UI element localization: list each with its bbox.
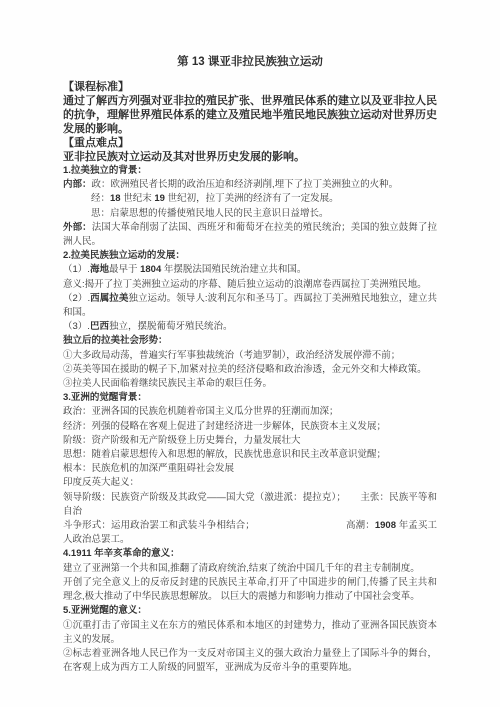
text-segment: 经济：列强的侵略在客观上促进了封建经济进一步解体，民族资本主义发展；: [63, 421, 386, 432]
text-segment: 西属拉美: [90, 293, 128, 304]
text-segment: ②标志着亚洲各地人民已作为一支反对帝国主义的强大政治力量登上了国际斗争的舞台，在…: [63, 648, 437, 673]
text-segment: 1804: [140, 264, 161, 275]
text-segment: 2.拉美民族独立运动的发展：: [63, 250, 185, 261]
text-segment: 1.拉美独立的背景：: [63, 165, 147, 176]
key-points-text: 亚非拉民族对立运动及其对世界历史发展的影响。: [63, 150, 437, 164]
document-body: 【课程标准】通过了解西方列强对亚非拉的殖民扩张、世界殖民体系的建立以及亚非拉人民…: [63, 80, 437, 675]
heading-post-independence: 独立后的拉美社会形势：: [63, 334, 437, 348]
section-1-heading: 1.拉美独立的背景：: [63, 164, 437, 178]
text-segment: 领导阶级：民族资产阶级及其政党——国大党（激进派：提拉克）； 主张：民族平等和自…: [63, 492, 437, 517]
text-segment: 4.1911 年辛亥革命的意义：: [63, 548, 180, 559]
paragraph-economy: 经：18 世纪末 19 世纪初，拉丁美洲的经济有了一定发展。: [63, 192, 437, 206]
paragraph-struggle-form: 斗争形式：运用政治罢工和武装斗争相结合； 高潮：1908 年孟买工人政治总罢工。: [63, 519, 437, 547]
paragraph-thought: 思：启蒙思想的传播使殖民地人民的民主意识日益增长。: [63, 207, 437, 221]
paragraph-brazil: （3）.巴西独立，摆脱葡萄牙殖民统治。: [63, 320, 437, 334]
text-segment: 世纪初，拉丁美洲的经济有了一定发展。: [165, 193, 339, 204]
text-segment: 内部：: [63, 179, 92, 190]
heading-india-uprising: 印度反英大起义：: [63, 476, 437, 490]
paragraph-class: 阶级：资产阶级和无产阶级登上历史舞台，力量发展壮大: [63, 434, 437, 448]
section-4-heading: 4.1911 年辛亥革命的意义：: [63, 547, 437, 561]
text-segment: ①沉重打击了帝国主义在东方的殖民体系和本地区的封建势力，推动了亚洲各国民族资本主…: [63, 620, 437, 645]
document-title: 第 13 课亚非拉民族独立运动: [63, 54, 437, 70]
section-5-heading: 5.亚洲觉醒的意义：: [63, 604, 437, 618]
text-segment: 思：启蒙思想的传播使殖民地人民的民主意识日益增长。: [91, 208, 329, 219]
text-segment: 经：: [91, 193, 110, 204]
paragraph-xinhai-2: 开创了完全意义上的反帝反封建的民族民主革命,打开了中国进步的闸门,传播了民主共和…: [63, 576, 437, 604]
paragraph-internal: 内部：政：欧洲殖民者长期的政治压迫和经济剥削,埋下了拉丁美洲独立的火种。: [63, 178, 437, 192]
text-segment: ③拉美人民面临着继续民族民主革命的艰巨任务。: [63, 378, 272, 389]
list-item-2: ②英美等国在援助的幌子下,加紧对拉美的经济侵略和政治渗透，金元外交和大棒政策。: [63, 363, 437, 377]
text-segment: 世纪末: [121, 193, 155, 204]
text-segment: 最早于: [109, 264, 140, 275]
text-segment: 通过了解西方列强对亚非拉的殖民扩张、世界殖民体系的建立以及亚非拉人民的抗争，理解…: [63, 95, 437, 135]
text-segment: 3.亚洲的觉醒背景：: [63, 392, 147, 403]
paragraph-ideology: 思想：随着启蒙思想传入和思想的解放，民族忧患意识和民主改革意识觉醒；: [63, 448, 437, 462]
text-segment: 斗争形式：运用政治罢工和武装斗争相结合； 高潮：: [63, 520, 375, 531]
heading-key-points: 【重点难点】: [63, 136, 437, 150]
section-3-heading: 3.亚洲的觉醒背景：: [63, 391, 437, 405]
text-segment: （2）.: [63, 293, 90, 304]
paragraph-political: 政治：亚洲各国的民族危机随着帝国主义瓜分世界的狂潮而加深；: [63, 405, 437, 419]
text-segment: 开创了完全意义上的反帝反封建的民族民主革命,打开了中国进步的闸门,传播了民主共和…: [63, 577, 437, 602]
text-segment: 阶级：资产阶级和无产阶级登上历史舞台，力量发展壮大: [63, 435, 301, 446]
curriculum-standard-text: 通过了解西方列强对亚非拉的殖民扩张、世界殖民体系的建立以及亚非拉人民的抗争，理解…: [63, 94, 437, 136]
text-segment: 18: [110, 193, 121, 204]
text-segment: 建立了亚洲第一个共和国,推翻了清政府统治,结束了统治中国几千年的君主专制制度。: [63, 563, 420, 574]
text-segment: 海地: [90, 264, 109, 275]
text-segment: 印度反英大起义：: [63, 477, 139, 488]
text-segment: 【重点难点】: [63, 137, 129, 149]
text-segment: ②英美等国在援助的幌子下,加紧对拉美的经济侵略和政治渗透，金元外交和大棒政策。: [63, 364, 427, 375]
text-segment: 思想：随着启蒙思想传入和思想的解放，民族忧患意识和民主改革意识觉醒；: [63, 449, 386, 460]
text-segment: 独立后的拉美社会形势：: [63, 335, 168, 346]
awakening-item-1: ①沉重打击了帝国主义在东方的殖民体系和本地区的封建势力，推动了亚洲各国民族资本主…: [63, 619, 437, 647]
text-segment: 5.亚洲觉醒的意义：: [63, 605, 147, 616]
text-segment: 法国大革命削弱了法国、西班牙和葡萄牙在拉美的殖民统治；美国的独立鼓舞了拉洲人民。: [63, 222, 437, 247]
text-segment: 外部：: [63, 222, 92, 233]
text-segment: 【课程标准】: [63, 81, 129, 93]
section-2-heading: 2.拉美民族独立运动的发展：: [63, 249, 437, 263]
paragraph-external: 外部：法国大革命削弱了法国、西班牙和葡萄牙在拉美的殖民统治；美国的独立鼓舞了拉洲…: [63, 221, 437, 249]
text-segment: 19: [154, 193, 165, 204]
paragraph-root: 根本：民族危机的加深严重阻碍社会发展: [63, 462, 437, 476]
text-segment: 1908: [375, 520, 396, 531]
text-segment: 根本：民族危机的加深严重阻碍社会发展: [63, 463, 234, 474]
text-segment: 意义:揭开了拉丁美洲独立运动的序幕、随后独立运动的浪潮席卷西属拉丁美洲殖民地。: [63, 279, 427, 290]
list-item-1: ①大多政局动荡，普遍实行军事独裁统治（考迪罗制），政治经济发展停滞不前；: [63, 349, 437, 363]
paragraph-haiti: （1）.海地最早于 1804 年摆脱法国殖民统治建立共和国。: [63, 263, 437, 277]
text-segment: ①大多政局动荡，普遍实行军事独裁统治（考迪罗制），政治经济发展停滞不前；: [63, 350, 400, 361]
paragraph-leading-class: 领导阶级：民族资产阶级及其政党——国大党（激进派：提拉克）； 主张：民族平等和自…: [63, 491, 437, 519]
text-segment: 独立，摆脱葡萄牙殖民统治。: [109, 321, 233, 332]
list-item-3: ③拉美人民面临着继续民族民主革命的艰巨任务。: [63, 377, 437, 391]
text-segment: 政治：亚洲各国的民族危机随着帝国主义瓜分世界的狂潮而加深；: [63, 406, 339, 417]
text-segment: 亚非拉民族对立运动及其对世界历史发展的影响。: [63, 151, 305, 163]
text-segment: 政：欧洲殖民者长期的政治压迫和经济剥削,埋下了拉丁美洲独立的火种。: [92, 179, 399, 190]
paragraph-spanish-latin-america: （2）.西属拉美独立运动。领导人:波利瓦尔和圣马丁。西属拉丁美洲殖民地独立，建立…: [63, 292, 437, 320]
text-segment: 年摆脱法国殖民统治建立共和国。: [161, 264, 306, 275]
awakening-item-2: ②标志着亚洲各地人民已作为一支反对帝国主义的强大政治力量登上了国际斗争的舞台，在…: [63, 647, 437, 675]
paragraph-xinhai-1: 建立了亚洲第一个共和国,推翻了清政府统治,结束了统治中国几千年的君主专制制度。: [63, 562, 437, 576]
paragraph-haiti-significance: 意义:揭开了拉丁美洲独立运动的序幕、随后独立运动的浪潮席卷西属拉丁美洲殖民地。: [63, 278, 437, 292]
text-segment: （1）.: [63, 264, 90, 275]
document-page: 第 13 课亚非拉民族独立运动 【课程标准】通过了解西方列强对亚非拉的殖民扩张、…: [0, 0, 500, 707]
text-segment: （3）.: [63, 321, 90, 332]
heading-curriculum-standard: 【课程标准】: [63, 80, 437, 94]
text-segment: 巴西: [90, 321, 109, 332]
paragraph-economic: 经济：列强的侵略在客观上促进了封建经济进一步解体，民族资本主义发展；: [63, 420, 437, 434]
